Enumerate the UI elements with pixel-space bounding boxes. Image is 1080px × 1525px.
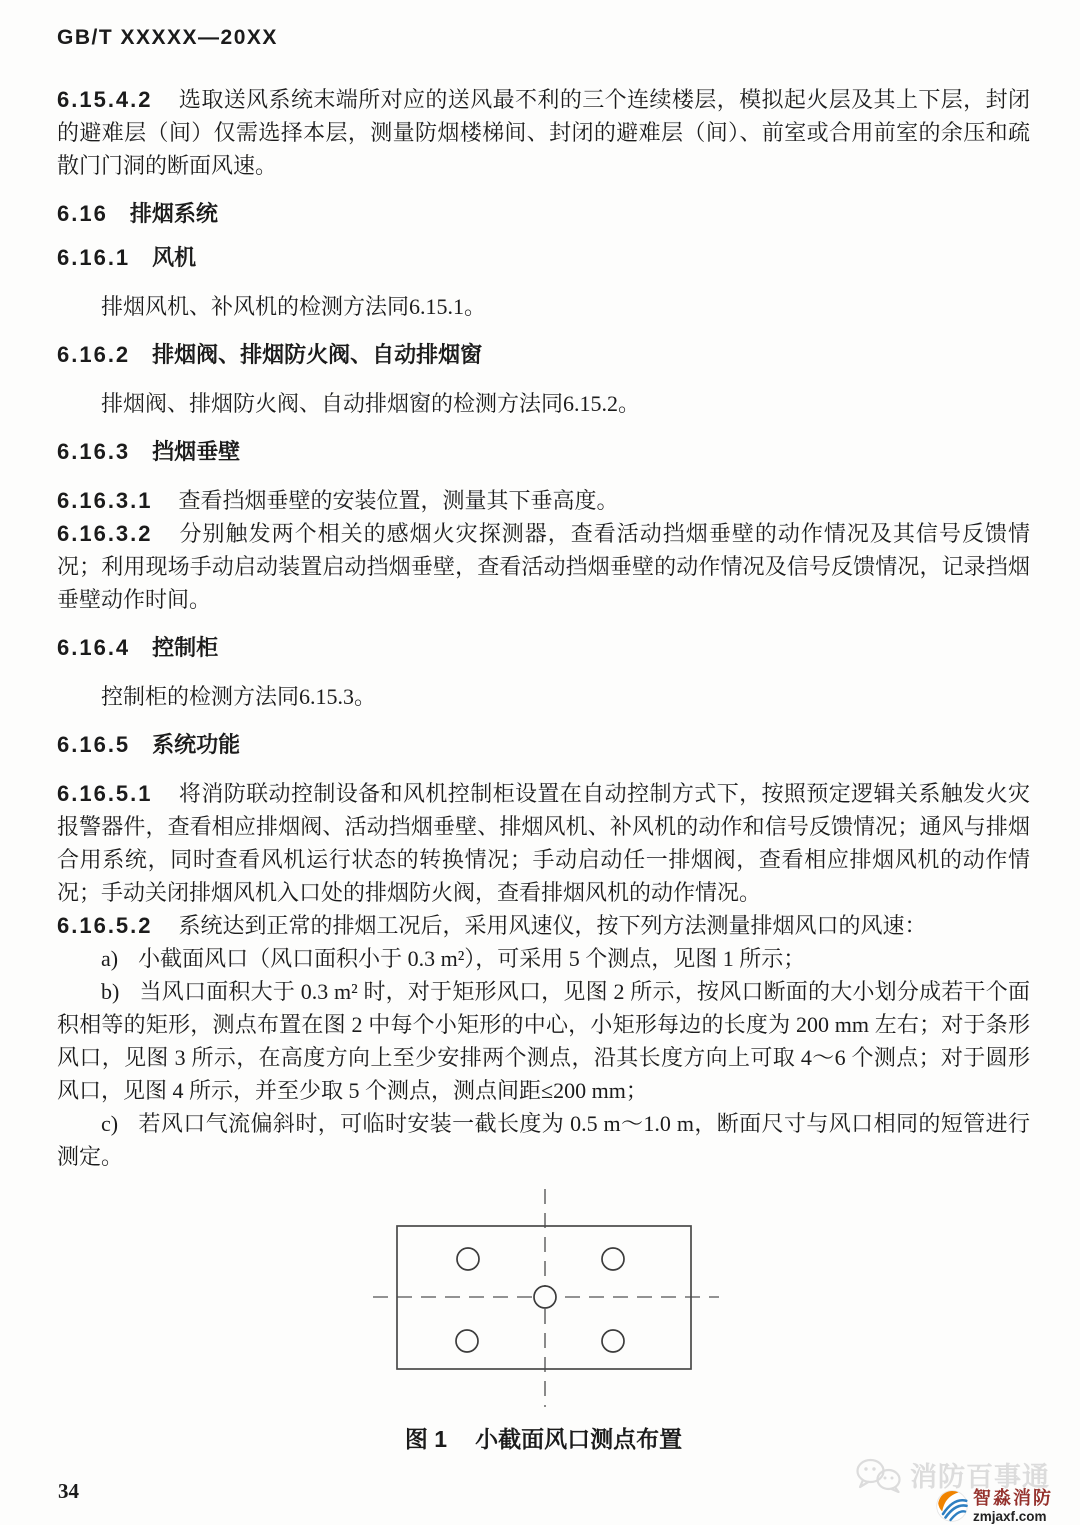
heading-title: 系统功能: [152, 732, 240, 757]
brand-name: 智淼消防: [973, 1489, 1053, 1507]
clause-paragraph-6-16-5-2: 6.16.5.2系统达到正常的排烟工况后，采用风速仪，按下列方法测量排烟风口的风…: [57, 909, 1030, 942]
measurement-point: [456, 1330, 478, 1352]
list-item-b: b)当风口面积大于 0.3 m² 时，对于矩形风口，见图 2 所示，按风口断面的…: [57, 975, 1030, 1107]
heading-title: 排烟系统: [130, 201, 218, 226]
heading-title: 排烟阀、排烟防火阀、自动排烟窗: [152, 342, 482, 367]
wechat-bubbles-icon: [855, 1457, 903, 1493]
measurement-point: [602, 1330, 624, 1352]
section-heading-6-16-2: 6.16.2排烟阀、排烟防火阀、自动排烟窗: [57, 343, 1030, 367]
section-heading-6-16-1: 6.16.1风机: [57, 246, 1030, 270]
section-heading-6-16: 6.16排烟系统: [57, 202, 1030, 226]
clause-text: 选取送风系统末端所对应的送风最不利的三个连续楼层，模拟起火层及其上下层，封闭的避…: [57, 87, 1030, 178]
brand-site-url: zmjaxf.com: [973, 1510, 1053, 1524]
figure-1: 图 1小截面风口测点布置: [57, 1179, 1030, 1456]
figure-caption: 图 1小截面风口测点布置: [57, 1423, 1030, 1456]
heading-number: 6.16: [57, 201, 108, 226]
page-number: 34: [58, 1479, 79, 1504]
measurement-point: [602, 1248, 624, 1270]
list-item-a: a)小截面风口（风口面积小于 0.3 m²），可采用 5 个测点，见图 1 所示…: [57, 942, 1030, 975]
list-text: 小截面风口（风口面积小于 0.3 m²），可采用 5 个测点，见图 1 所示；: [138, 946, 805, 971]
clause-paragraph-6-15-4-2: 6.15.4.2选取送风系统末端所对应的送风最不利的三个连续楼层，模拟起火层及其…: [57, 83, 1030, 182]
heading-title: 挡烟垂壁: [152, 439, 240, 464]
measurement-point: [457, 1248, 479, 1270]
heading-title: 风机: [152, 245, 196, 270]
heading-number: 6.16.4: [57, 635, 130, 660]
list-marker: c): [101, 1111, 118, 1136]
body-paragraph-6-16-2: 排烟阀、排烟防火阀、自动排烟窗的检测方法同6.15.2。: [57, 387, 1030, 420]
section-heading-6-16-5: 6.16.5系统功能: [57, 733, 1030, 757]
list-marker: a): [101, 946, 118, 971]
clause-number: 6.16.5.2: [57, 913, 153, 938]
clause-number: 6.16.3.2: [57, 521, 153, 546]
list-marker: b): [101, 979, 119, 1004]
figure-caption-title: 小截面风口测点布置: [475, 1426, 682, 1452]
figure-1-drawing: [338, 1179, 758, 1419]
clause-text: 分别触发两个相关的感烟火灾探测器，查看活动挡烟垂壁的动作情况及其信号反馈情况；利…: [57, 521, 1030, 612]
measurement-point: [534, 1286, 556, 1308]
heading-title: 控制柜: [152, 635, 218, 660]
list-item-c: c)若风口气流偏斜时，可临时安装一截长度为 0.5 m～1.0 m，断面尺寸与风…: [57, 1107, 1030, 1173]
body-paragraph-6-16-4: 控制柜的检测方法同6.15.3。: [57, 680, 1030, 713]
brand-logo-icon: [936, 1490, 968, 1522]
section-heading-6-16-3: 6.16.3挡烟垂壁: [57, 440, 1030, 464]
clause-text: 将消防联动控制设备和风机控制柜设置在自动控制方式下，按照预定逻辑关系触发火灾报警…: [57, 781, 1030, 905]
clause-paragraph-6-16-5-1: 6.16.5.1将消防联动控制设备和风机控制柜设置在自动控制方式下，按照预定逻辑…: [57, 777, 1030, 909]
heading-number: 6.16.1: [57, 245, 130, 270]
list-text: 当风口面积大于 0.3 m² 时，对于矩形风口，见图 2 所示，按风口断面的大小…: [57, 979, 1030, 1103]
clause-paragraph-6-16-3-2: 6.16.3.2分别触发两个相关的感烟火灾探测器，查看活动挡烟垂壁的动作情况及其…: [57, 517, 1030, 616]
body-paragraph-6-16-1: 排烟风机、补风机的检测方法同6.15.1。: [57, 290, 1030, 323]
page-header: GB/T XXXXX—20XX: [57, 26, 1030, 50]
heading-number: 6.16.2: [57, 342, 130, 367]
clause-paragraph-6-16-3-1: 6.16.3.1查看挡烟垂壁的安装位置，测量其下垂高度。: [57, 484, 1030, 517]
document-page: GB/T XXXXX—20XX 6.15.4.2选取送风系统末端所对应的送风最不…: [0, 0, 1080, 1525]
brand-watermark: 智淼消防 zmjaxf.com: [936, 1489, 1053, 1524]
figure-caption-label: 图 1: [405, 1426, 447, 1452]
clause-text: 系统达到正常的排烟工况后，采用风速仪，按下列方法测量排烟风口的风速：: [179, 913, 927, 938]
section-heading-6-16-4: 6.16.4控制柜: [57, 636, 1030, 660]
heading-number: 6.16.5: [57, 732, 130, 757]
brand-texts: 智淼消防 zmjaxf.com: [973, 1489, 1053, 1524]
clause-number: 6.16.3.1: [57, 488, 153, 513]
heading-number: 6.16.3: [57, 439, 130, 464]
list-text: 若风口气流偏斜时，可临时安装一截长度为 0.5 m～1.0 m，断面尺寸与风口相…: [57, 1111, 1030, 1169]
clause-text: 查看挡烟垂壁的安装位置，测量其下垂高度。: [179, 488, 619, 513]
clause-number: 6.15.4.2: [57, 87, 153, 112]
clause-number: 6.16.5.1: [57, 781, 153, 806]
